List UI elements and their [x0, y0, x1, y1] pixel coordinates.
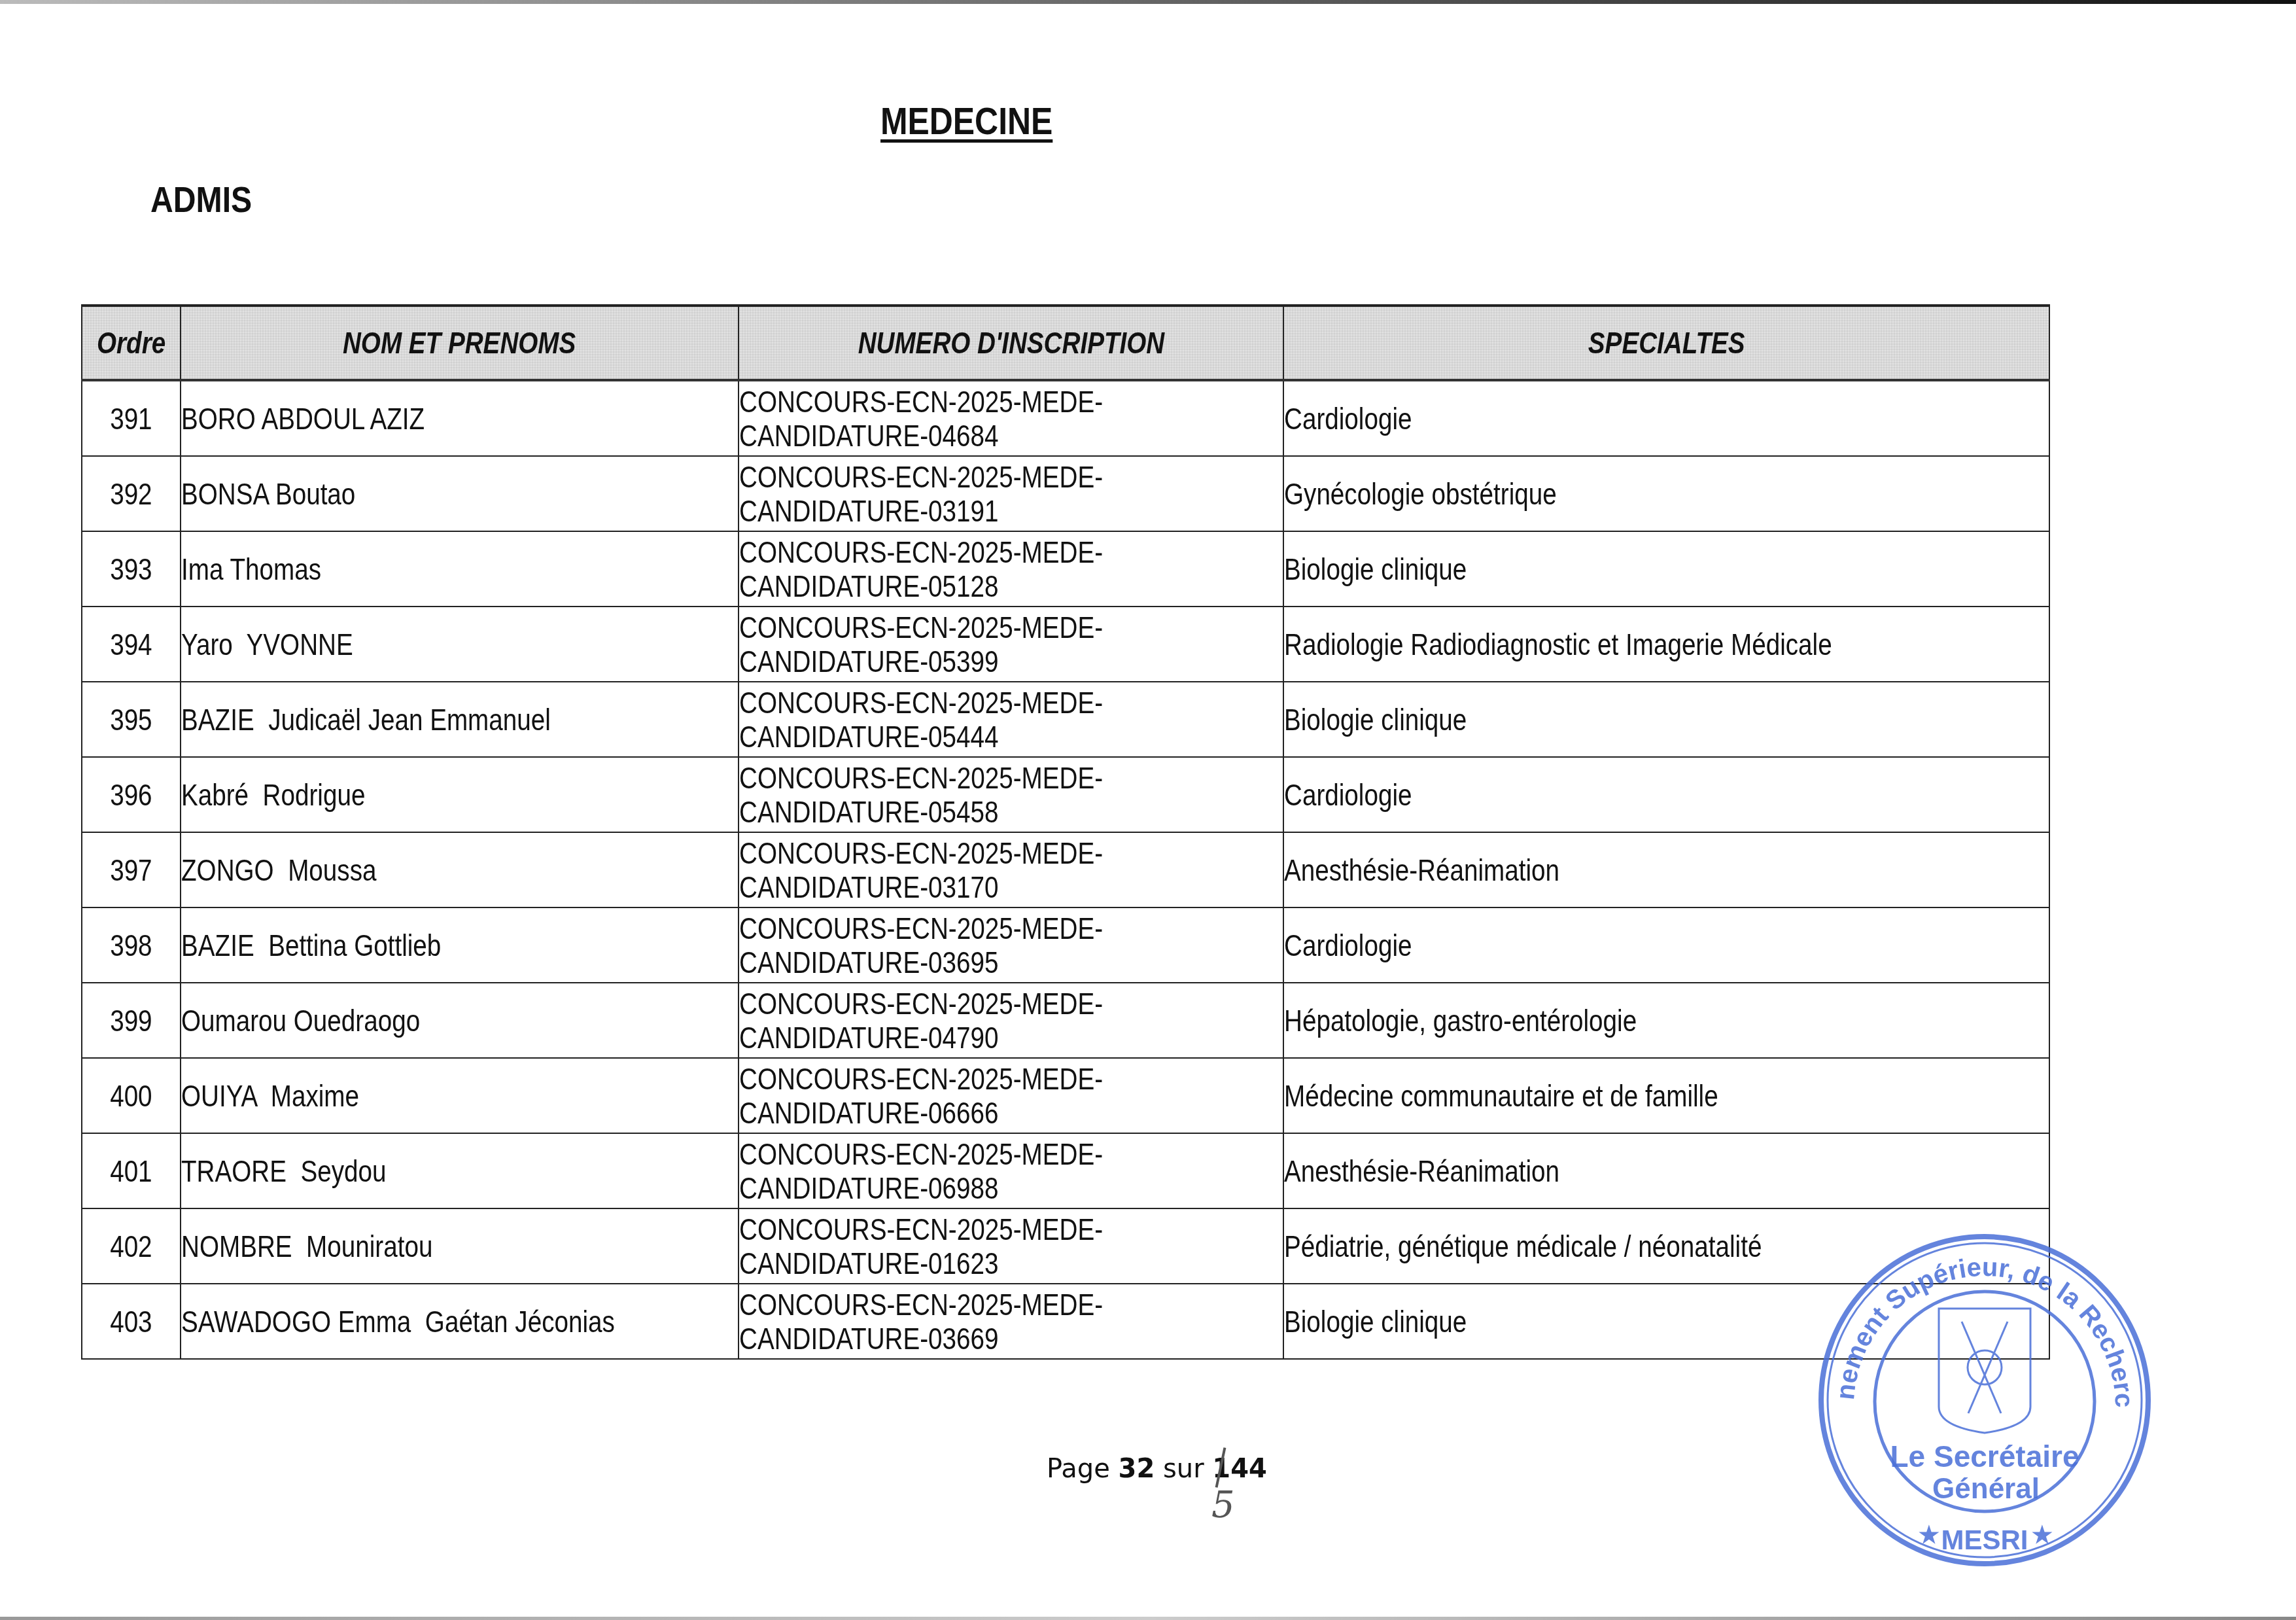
- specialite-value: Hépatologie, gastro-entérologie: [1284, 1003, 1637, 1038]
- numero-line2: CANDIDATURE-05444: [739, 720, 1103, 754]
- specialite-value: Biologie clinique: [1284, 1304, 1467, 1339]
- cell-ordre: 400: [82, 1058, 181, 1133]
- header-nom-label: NOM ET PRENOMS: [343, 325, 576, 361]
- cell-specialite: Gynécologie obstétrique: [1283, 456, 2049, 531]
- ordre-value: 401: [110, 1153, 152, 1189]
- numero-line1: CONCOURS-ECN-2025-MEDE-: [739, 460, 1103, 494]
- ordre-value: 398: [110, 928, 152, 963]
- numero-line2: CANDIDATURE-03669: [739, 1322, 1103, 1356]
- page-title: MEDECINE: [880, 99, 1052, 143]
- nom-value: ZONGO Moussa: [181, 853, 376, 888]
- header-numero-label: NUMERO D'INSCRIPTION: [858, 325, 1164, 361]
- cell-ordre: 391: [82, 380, 181, 456]
- cell-specialite: Anesthésie-Réanimation: [1283, 1133, 2049, 1208]
- numero-line2: CANDIDATURE-05458: [739, 795, 1103, 829]
- cell-numero: CONCOURS-ECN-2025-MEDE-CANDIDATURE-03170: [739, 832, 1283, 907]
- cell-specialite: Cardiologie: [1283, 907, 2049, 983]
- official-stamp: Ministère de l'Enseignement Supérieur, d…: [1815, 1230, 2155, 1570]
- numero-line2: CANDIDATURE-06666: [739, 1096, 1103, 1130]
- scan-edge-top: [0, 0, 2296, 4]
- ordre-value: 393: [110, 552, 152, 587]
- nom-value: SAWADOGO Emma Gaétan Jéconias: [181, 1304, 615, 1339]
- section-title: ADMIS: [150, 178, 252, 220]
- ordre-value: 392: [110, 476, 152, 512]
- specialite-value: Médecine communautaire et de famille: [1284, 1078, 1718, 1114]
- cell-nom: NOMBRE Mouniratou: [181, 1208, 739, 1284]
- specialite-value: Biologie clinique: [1284, 552, 1467, 587]
- stamp-bottom-text: MESRI: [1941, 1524, 2028, 1555]
- scan-edge-bottom: [0, 1617, 2296, 1620]
- header-specialite-label: SPECIALTES: [1588, 325, 1745, 361]
- handwritten-correction: 5: [1211, 1484, 1235, 1526]
- ordre-value: 396: [110, 777, 152, 813]
- cell-specialite: Cardiologie: [1283, 380, 2049, 456]
- nom-value: OUIYA Maxime: [181, 1078, 359, 1114]
- nom-value: Yaro YVONNE: [181, 627, 353, 662]
- table-row: 401TRAORE SeydouCONCOURS-ECN-2025-MEDE-C…: [82, 1133, 2049, 1208]
- cell-nom: OUIYA Maxime: [181, 1058, 739, 1133]
- cell-specialite: Hépatologie, gastro-entérologie: [1283, 983, 2049, 1058]
- page-sep: sur: [1163, 1454, 1204, 1484]
- cell-specialite: Biologie clinique: [1283, 682, 2049, 757]
- header-numero: NUMERO D'INSCRIPTION: [739, 306, 1283, 380]
- cell-nom: Kabré Rodrigue: [181, 757, 739, 832]
- cell-nom: BAZIE Judicaël Jean Emmanuel: [181, 682, 739, 757]
- table-row: 395BAZIE Judicaël Jean EmmanuelCONCOURS-…: [82, 682, 2049, 757]
- numero-line1: CONCOURS-ECN-2025-MEDE-: [739, 836, 1103, 870]
- cell-ordre: 398: [82, 907, 181, 983]
- nom-value: Oumarou Ouedraogo: [181, 1003, 420, 1038]
- numero-line1: CONCOURS-ECN-2025-MEDE-: [739, 1212, 1103, 1246]
- table-row: 403SAWADOGO Emma Gaétan JéconiasCONCOURS…: [82, 1284, 2049, 1359]
- cell-nom: Oumarou Ouedraogo: [181, 983, 739, 1058]
- cell-ordre: 401: [82, 1133, 181, 1208]
- table-row: 398BAZIE Bettina GottliebCONCOURS-ECN-20…: [82, 907, 2049, 983]
- numero-line1: CONCOURS-ECN-2025-MEDE-: [739, 610, 1103, 644]
- table-header-row: Ordre NOM ET PRENOMS NUMERO D'INSCRIPTIO…: [82, 306, 2049, 380]
- cell-numero: CONCOURS-ECN-2025-MEDE-CANDIDATURE-05444: [739, 682, 1283, 757]
- cell-numero: CONCOURS-ECN-2025-MEDE-CANDIDATURE-06666: [739, 1058, 1283, 1133]
- cell-ordre: 395: [82, 682, 181, 757]
- cell-numero: CONCOURS-ECN-2025-MEDE-CANDIDATURE-03669: [739, 1284, 1283, 1359]
- nom-value: BAZIE Bettina Gottlieb: [181, 928, 441, 963]
- numero-line1: CONCOURS-ECN-2025-MEDE-: [739, 1137, 1103, 1171]
- header-ordre-label: Ordre: [97, 325, 165, 361]
- numero-line2: CANDIDATURE-04684: [739, 419, 1103, 453]
- ordre-value: 400: [110, 1078, 152, 1114]
- table-row: 400OUIYA MaximeCONCOURS-ECN-2025-MEDE-CA…: [82, 1058, 2049, 1133]
- cell-numero: CONCOURS-ECN-2025-MEDE-CANDIDATURE-01623: [739, 1208, 1283, 1284]
- star-icon: ★: [1919, 1521, 1939, 1548]
- header-nom: NOM ET PRENOMS: [181, 306, 739, 380]
- numero-line1: CONCOURS-ECN-2025-MEDE-: [739, 385, 1103, 419]
- numero-line2: CANDIDATURE-05399: [739, 644, 1103, 678]
- cell-nom: Yaro YVONNE: [181, 607, 739, 682]
- ordre-value: 397: [110, 853, 152, 888]
- numero-line1: CONCOURS-ECN-2025-MEDE-: [739, 911, 1103, 945]
- specialite-value: Gynécologie obstétrique: [1284, 476, 1557, 512]
- table-row: 402NOMBRE MouniratouCONCOURS-ECN-2025-ME…: [82, 1208, 2049, 1284]
- ordre-value: 402: [110, 1229, 152, 1264]
- numero-line2: CANDIDATURE-06988: [739, 1171, 1103, 1205]
- specialite-value: Cardiologie: [1284, 777, 1412, 813]
- cell-specialite: Radiologie Radiodiagnostic et Imagerie M…: [1283, 607, 2049, 682]
- cell-numero: CONCOURS-ECN-2025-MEDE-CANDIDATURE-03695: [739, 907, 1283, 983]
- page-current: 32: [1119, 1454, 1155, 1484]
- nom-value: Kabré Rodrigue: [181, 777, 365, 813]
- star-icon: ★: [2032, 1521, 2053, 1548]
- specialite-value: Anesthésie-Réanimation: [1284, 1153, 1559, 1189]
- cell-nom: TRAORE Seydou: [181, 1133, 739, 1208]
- cell-nom: ZONGO Moussa: [181, 832, 739, 907]
- cell-ordre: 399: [82, 983, 181, 1058]
- table-row: 397ZONGO MoussaCONCOURS-ECN-2025-MEDE-CA…: [82, 832, 2049, 907]
- specialite-value: Cardiologie: [1284, 928, 1412, 963]
- numero-line1: CONCOURS-ECN-2025-MEDE-: [739, 686, 1103, 720]
- header-ordre: Ordre: [82, 306, 181, 380]
- cell-specialite: Cardiologie: [1283, 757, 2049, 832]
- table-row: 391BORO ABDOUL AZIZCONCOURS-ECN-2025-MED…: [82, 380, 2049, 456]
- ordre-value: 395: [110, 702, 152, 737]
- numero-line2: CANDIDATURE-03695: [739, 945, 1103, 979]
- cell-nom: BAZIE Bettina Gottlieb: [181, 907, 739, 983]
- cell-ordre: 402: [82, 1208, 181, 1284]
- numero-line2: CANDIDATURE-05128: [739, 569, 1103, 603]
- cell-ordre: 393: [82, 531, 181, 607]
- specialite-value: Cardiologie: [1284, 401, 1412, 436]
- page-label: Page: [1047, 1454, 1110, 1484]
- nom-value: Ima Thomas: [181, 552, 321, 587]
- nom-value: BONSA Boutao: [181, 476, 355, 512]
- cell-specialite: Biologie clinique: [1283, 531, 2049, 607]
- cell-nom: SAWADOGO Emma Gaétan Jéconias: [181, 1284, 739, 1359]
- numero-line1: CONCOURS-ECN-2025-MEDE-: [739, 1062, 1103, 1096]
- numero-line1: CONCOURS-ECN-2025-MEDE-: [739, 535, 1103, 569]
- numero-line2: CANDIDATURE-03170: [739, 870, 1103, 904]
- cell-numero: CONCOURS-ECN-2025-MEDE-CANDIDATURE-05399: [739, 607, 1283, 682]
- cell-numero: CONCOURS-ECN-2025-MEDE-CANDIDATURE-05128: [739, 531, 1283, 607]
- nom-value: TRAORE Seydou: [181, 1153, 387, 1189]
- ordre-value: 403: [110, 1304, 152, 1339]
- header-specialite: SPECIALTES: [1283, 306, 2049, 380]
- table-row: 393Ima ThomasCONCOURS-ECN-2025-MEDE-CAND…: [82, 531, 2049, 607]
- numero-line1: CONCOURS-ECN-2025-MEDE-: [739, 1288, 1103, 1322]
- numero-line1: CONCOURS-ECN-2025-MEDE-: [739, 987, 1103, 1021]
- cell-ordre: 396: [82, 757, 181, 832]
- table-row: 394Yaro YVONNECONCOURS-ECN-2025-MEDE-CAN…: [82, 607, 2049, 682]
- ordre-value: 391: [110, 401, 152, 436]
- cell-ordre: 403: [82, 1284, 181, 1359]
- numero-line1: CONCOURS-ECN-2025-MEDE-: [739, 761, 1103, 795]
- cell-ordre: 397: [82, 832, 181, 907]
- table-row: 392BONSA BoutaoCONCOURS-ECN-2025-MEDE-CA…: [82, 456, 2049, 531]
- page-number: Page 32 sur 144: [1047, 1454, 1267, 1484]
- specialite-value: Pédiatrie, génétique médicale / néonatal…: [1284, 1229, 1762, 1264]
- numero-line2: CANDIDATURE-01623: [739, 1246, 1103, 1280]
- numero-line2: CANDIDATURE-04790: [739, 1021, 1103, 1055]
- cell-ordre: 394: [82, 607, 181, 682]
- cell-numero: CONCOURS-ECN-2025-MEDE-CANDIDATURE-06988: [739, 1133, 1283, 1208]
- ordre-value: 394: [110, 627, 152, 662]
- cell-nom: Ima Thomas: [181, 531, 739, 607]
- cell-ordre: 392: [82, 456, 181, 531]
- specialite-value: Radiologie Radiodiagnostic et Imagerie M…: [1284, 627, 1832, 662]
- cell-numero: CONCOURS-ECN-2025-MEDE-CANDIDATURE-04790: [739, 983, 1283, 1058]
- cell-numero: CONCOURS-ECN-2025-MEDE-CANDIDATURE-04684: [739, 380, 1283, 456]
- cell-specialite: Anesthésie-Réanimation: [1283, 832, 2049, 907]
- nom-value: BAZIE Judicaël Jean Emmanuel: [181, 702, 551, 737]
- specialite-value: Anesthésie-Réanimation: [1284, 853, 1559, 888]
- table-row: 399Oumarou OuedraogoCONCOURS-ECN-2025-ME…: [82, 983, 2049, 1058]
- cell-numero: CONCOURS-ECN-2025-MEDE-CANDIDATURE-03191: [739, 456, 1283, 531]
- numero-line2: CANDIDATURE-03191: [739, 494, 1103, 528]
- specialite-value: Biologie clinique: [1284, 702, 1467, 737]
- cell-nom: BONSA Boutao: [181, 456, 739, 531]
- nom-value: BORO ABDOUL AZIZ: [181, 401, 425, 436]
- stamp-title-line2: Général: [1932, 1473, 2040, 1505]
- cell-nom: BORO ABDOUL AZIZ: [181, 380, 739, 456]
- ordre-value: 399: [110, 1003, 152, 1038]
- nom-value: NOMBRE Mouniratou: [181, 1229, 432, 1264]
- cell-numero: CONCOURS-ECN-2025-MEDE-CANDIDATURE-05458: [739, 757, 1283, 832]
- table-row: 396Kabré RodrigueCONCOURS-ECN-2025-MEDE-…: [82, 757, 2049, 832]
- admis-table: Ordre NOM ET PRENOMS NUMERO D'INSCRIPTIO…: [81, 304, 2050, 1360]
- stamp-title-line1: Le Secrétaire: [1890, 1439, 2079, 1473]
- cell-specialite: Médecine communautaire et de famille: [1283, 1058, 2049, 1133]
